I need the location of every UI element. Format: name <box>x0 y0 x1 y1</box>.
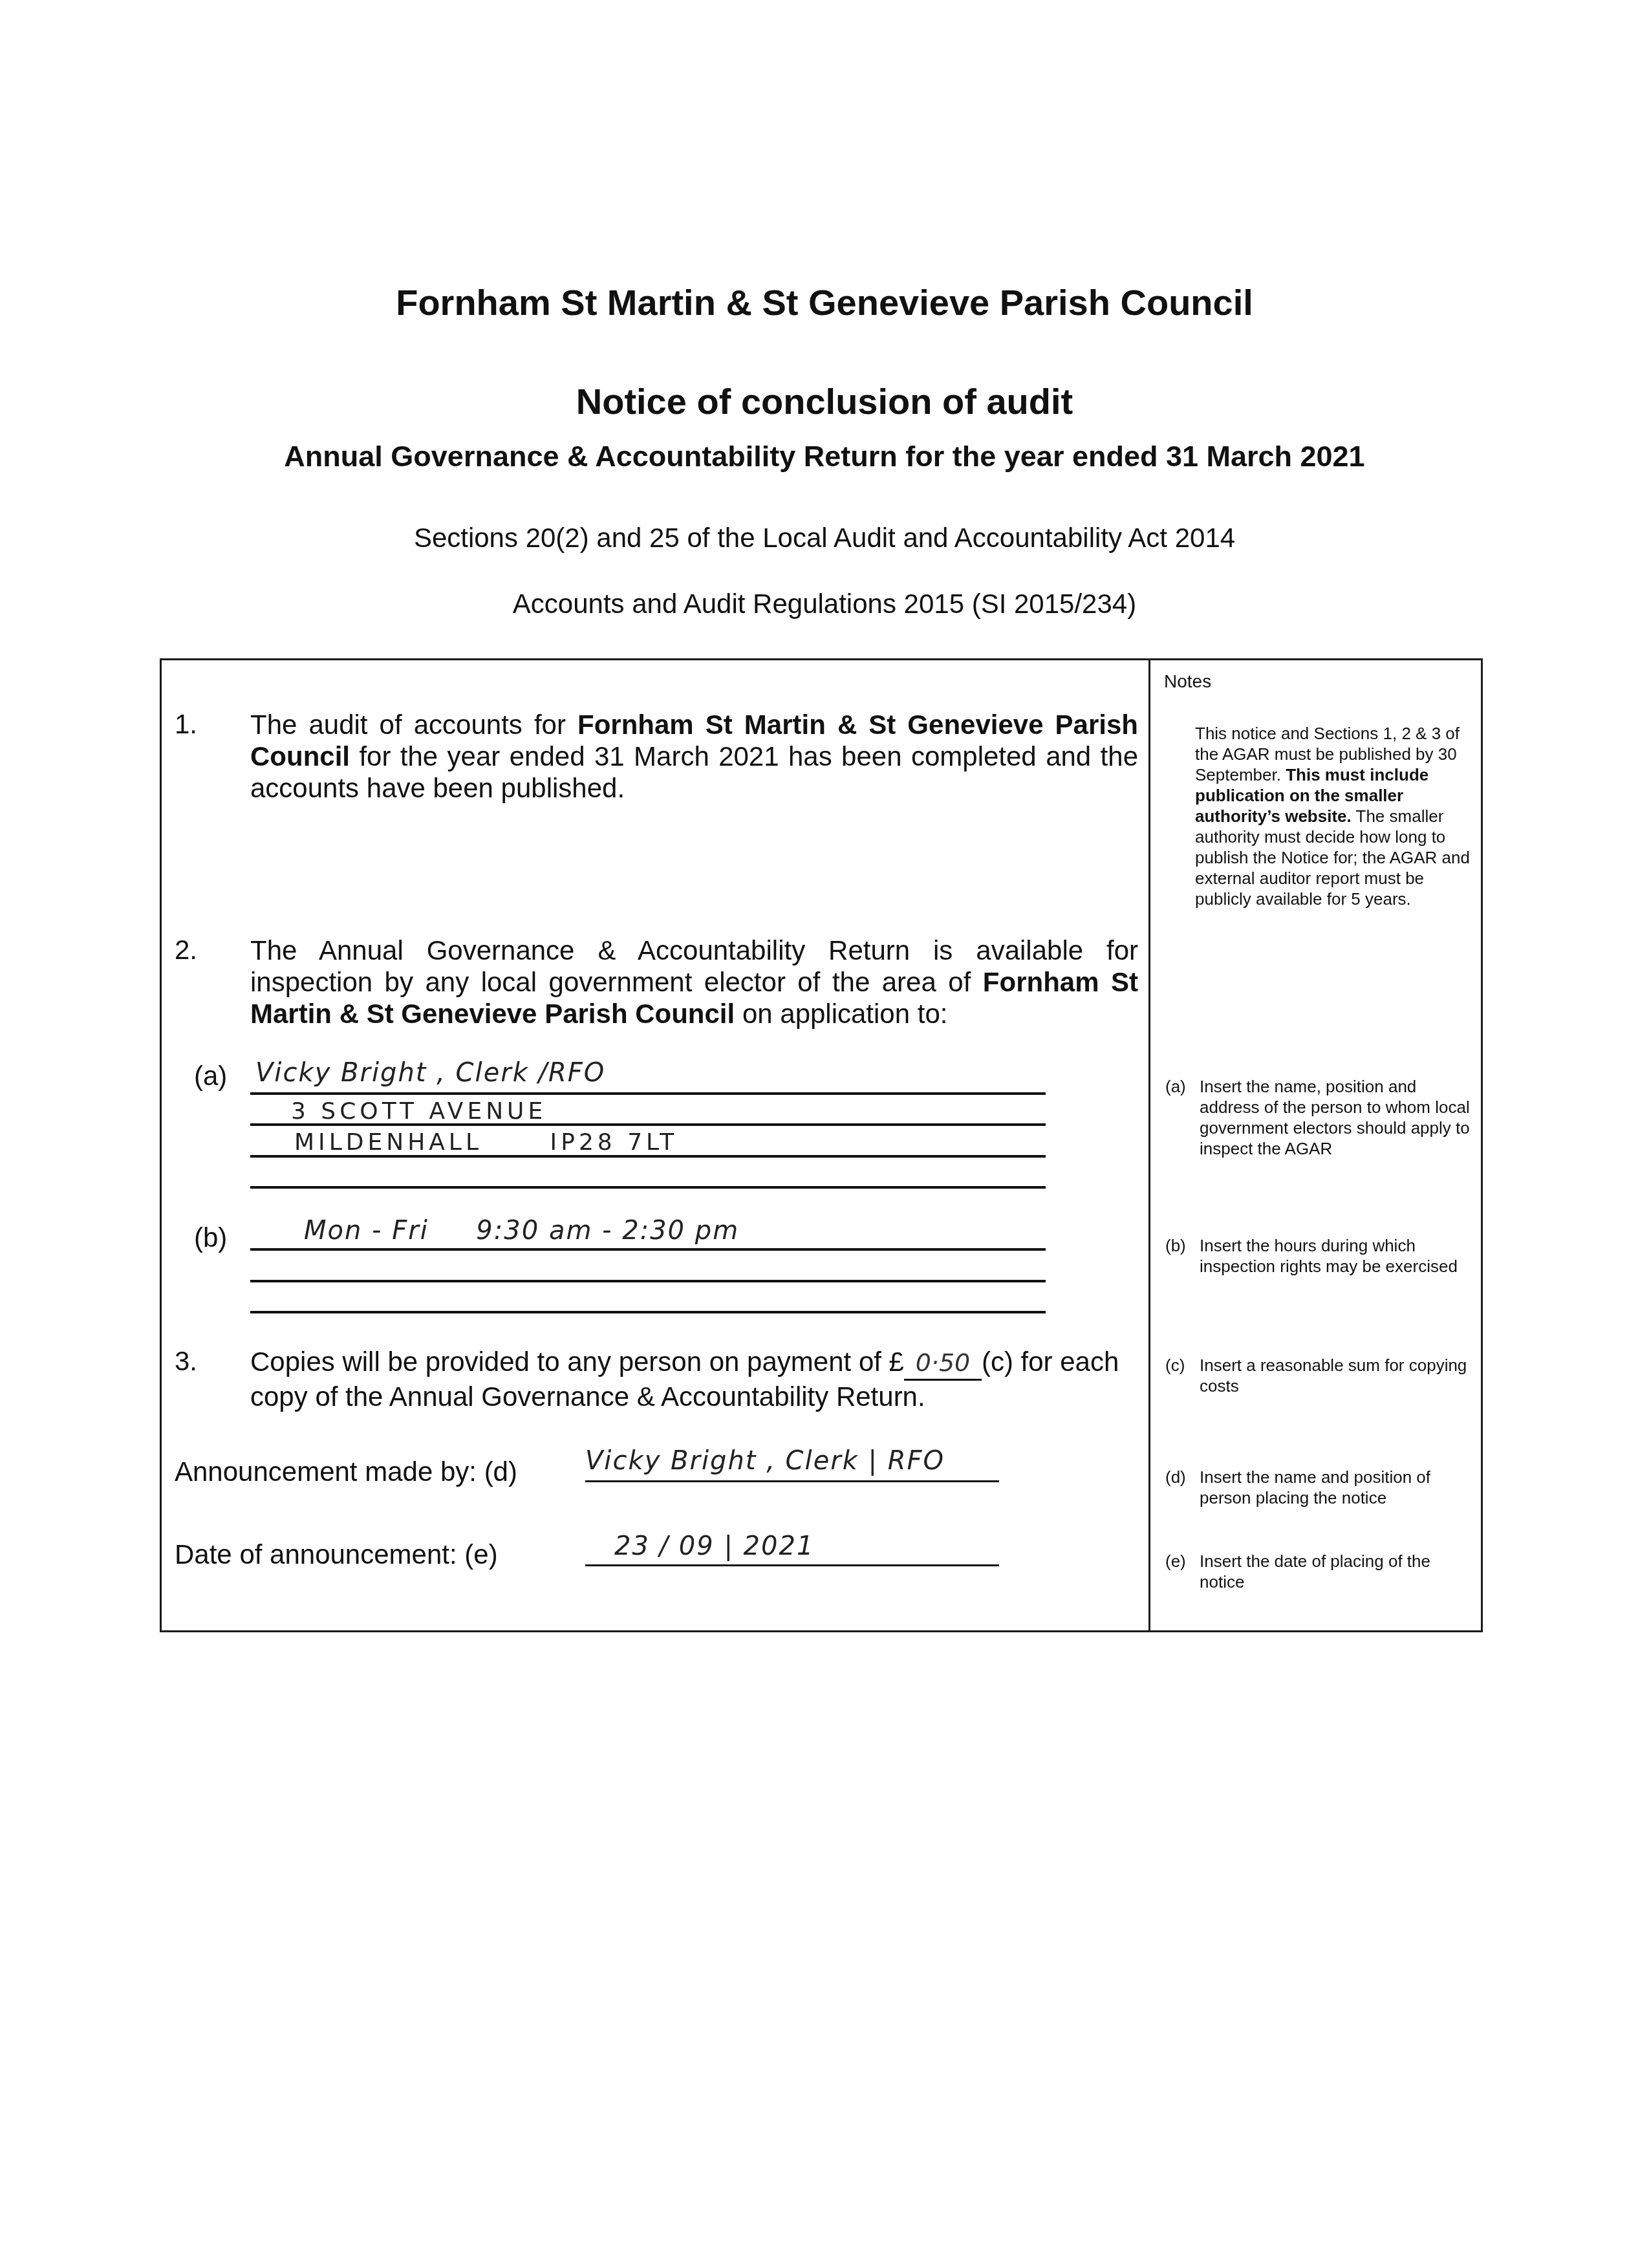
field-b-rule-2 <box>250 1280 1046 1282</box>
notice-title: Notice of conclusion of audit <box>0 380 1649 422</box>
notes-title: Notes <box>1164 671 1211 692</box>
field-b-line-1[interactable]: Mon - Fri 9:30 am - 2:30 pm <box>304 1216 739 1246</box>
section-1-number: 1. <box>175 709 197 740</box>
section-2-number: 2. <box>175 934 197 966</box>
column-divider <box>1148 658 1150 1632</box>
announcement-made-by-rule <box>585 1480 999 1482</box>
field-a-line-2[interactable]: 3 SCOTT AVENUE <box>291 1098 546 1125</box>
announcement-made-by-value[interactable]: Vicky Bright , Clerk | RFO <box>585 1446 945 1476</box>
legislation-line-2: Accounts and Audit Regulations 2015 (SI … <box>0 589 1649 620</box>
note-e-letter: (e) <box>1165 1551 1186 1571</box>
copy-fee-field[interactable]: 0·50 <box>904 1346 982 1381</box>
field-b-rule-3 <box>250 1311 1046 1313</box>
note-a-letter: (a) <box>1165 1076 1186 1097</box>
note-d-text: Insert the name and position of person p… <box>1200 1467 1478 1508</box>
field-a-line-3[interactable]: MILDENHALL IP28 7LT <box>294 1129 678 1156</box>
note-b-text: Insert the hours during which inspection… <box>1200 1235 1478 1277</box>
note-b-letter: (b) <box>1165 1235 1186 1256</box>
field-a-rule-3 <box>250 1155 1046 1158</box>
field-a-rule-4 <box>250 1186 1046 1189</box>
notes-intro: This notice and Sections 1, 2 & 3 of the… <box>1195 723 1473 909</box>
legislation-line-1: Sections 20(2) and 25 of the Local Audit… <box>0 523 1649 554</box>
section-3-number: 3. <box>175 1346 197 1377</box>
note-c-text: Insert a reasonable sum for copying cost… <box>1200 1355 1478 1396</box>
field-a-label: (a) <box>194 1061 227 1092</box>
section-1-text: The audit of accounts for Fornham St Mar… <box>250 709 1138 804</box>
announcement-made-by-label: Announcement made by: (d) <box>175 1456 517 1487</box>
section-2-text-post: on application to: <box>735 999 947 1029</box>
council-name-heading: Fornham St Martin & St Genevieve Parish … <box>0 281 1649 323</box>
section-1-text-post: for the year ended 31 March 2021 has bee… <box>250 741 1138 803</box>
note-e-text: Insert the date of placing of the notice <box>1200 1551 1478 1592</box>
field-b-rule-1 <box>250 1248 1046 1251</box>
note-c-letter: (c) <box>1165 1355 1185 1376</box>
note-a-text: Insert the name, position and address of… <box>1200 1076 1478 1159</box>
section-3-text-pre: Copies will be provided to any person on… <box>250 1346 904 1377</box>
section-1-text-pre: The audit of accounts for <box>250 709 577 740</box>
section-3-text: Copies will be provided to any person on… <box>250 1346 1138 1412</box>
date-of-announcement-rule <box>585 1564 999 1566</box>
copy-fee-value: 0·50 <box>916 1348 971 1377</box>
field-a-line-1[interactable]: Vicky Bright , Clerk /RFO <box>255 1058 605 1088</box>
section-2-text: The Annual Governance & Accountability R… <box>250 934 1138 1030</box>
field-b-label: (b) <box>194 1222 227 1253</box>
note-d-letter: (d) <box>1165 1467 1186 1487</box>
field-a-rule-1 <box>250 1092 1046 1095</box>
date-of-announcement-value[interactable]: 23 / 09 | 2021 <box>614 1531 814 1561</box>
date-of-announcement-label: Date of announcement: (e) <box>175 1539 498 1570</box>
field-a-rule-2 <box>250 1123 1046 1126</box>
agar-title: Annual Governance & Accountability Retur… <box>0 440 1649 473</box>
